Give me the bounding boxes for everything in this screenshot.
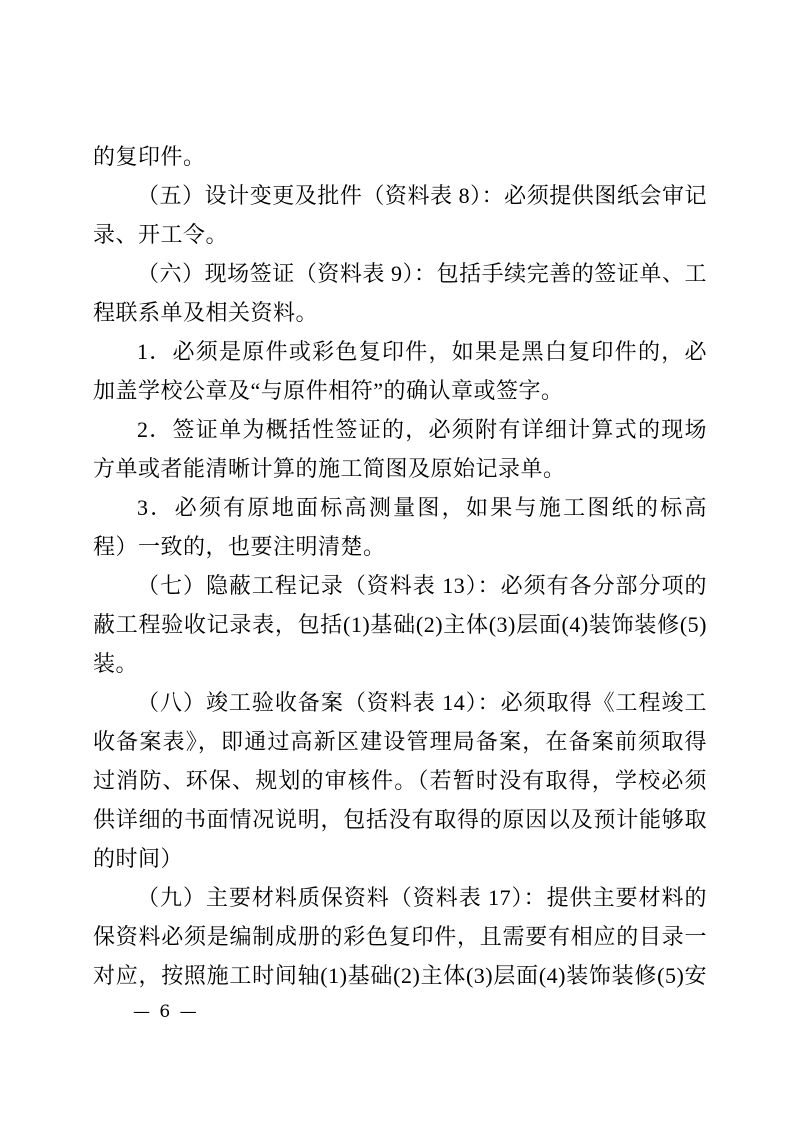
paragraph-item-6-note-1: 1．必须是原件或彩色复印件，如果是黑白复印件的，必须加盖学校公章及“与原件相符”… [93, 332, 707, 410]
document-body: 的复印件。（五）设计变更及批件（资料表 8）：必须提供图纸会审记录、开工令。（六… [93, 137, 707, 995]
text-line: （九）主要材料质保资料（资料表 17）：提供主要材料的质 [93, 878, 707, 917]
text-line: 过消防、环保、规划的审核件。（若暂时没有取得，学校必须提 [93, 761, 707, 800]
document-page: 的复印件。（五）设计变更及批件（资料表 8）：必须提供图纸会审记录、开工令。（六… [0, 0, 793, 1122]
paragraph-item-6-note-3: 3．必须有原地面标高测量图，如果与施工图纸的标高（高程）一致的，也要注明清楚。 [93, 488, 707, 566]
text-line: 加盖学校公章及“与原件相符”的确认章或签字。 [93, 371, 707, 410]
text-line: 保资料必须是编制成册的彩色复印件，且需要有相应的目录一一 [93, 917, 707, 956]
text-line: 录、开工令。 [93, 215, 707, 254]
text-line: 3．必须有原地面标高测量图，如果与施工图纸的标高（高 [93, 488, 707, 527]
paragraph-item-6: （六）现场签证（资料表 9）：包括手续完善的签证单、工程联系单及相关资料。 [93, 254, 707, 332]
text-line: 对应，按照施工时间轴(1)基础(2)主体(3)层面(4)装饰装修(5)安装等 [93, 956, 707, 995]
paragraph-item-6-note-2: 2．签证单为概括性签证的，必须附有详细计算式的现场收方单或者能清晰计算的施工简图… [93, 410, 707, 488]
text-line: （七）隐蔽工程记录（资料表 13）：必须有各分部分项的隐 [93, 566, 707, 605]
text-line: 程联系单及相关资料。 [93, 293, 707, 332]
text-line: 程）一致的，也要注明清楚。 [93, 527, 707, 566]
text-line: 供详细的书面情况说明，包括没有取得的原因以及预计能够取得 [93, 800, 707, 839]
text-line: 收备案表》，即通过高新区建设管理局备案，在备案前须取得通 [93, 722, 707, 761]
text-line: 的时间） [93, 839, 707, 878]
text-line: 2．签证单为概括性签证的，必须附有详细计算式的现场收 [93, 410, 707, 449]
text-line: （八）竣工验收备案（资料表 14）：必须取得《工程竣工验 [93, 683, 707, 722]
text-line: 蔽工程验收记录表，包括(1)基础(2)主体(3)层面(4)装饰装修(5)安 [93, 605, 707, 644]
text-line: 1．必须是原件或彩色复印件，如果是黑白复印件的，必须 [93, 332, 707, 371]
paragraph-item-9: （九）主要材料质保资料（资料表 17）：提供主要材料的质保资料必须是编制成册的彩… [93, 878, 707, 995]
paragraph-item-5: （五）设计变更及批件（资料表 8）：必须提供图纸会审记录、开工令。 [93, 176, 707, 254]
text-line: （五）设计变更及批件（资料表 8）：必须提供图纸会审记 [93, 176, 707, 215]
text-line: （六）现场签证（资料表 9）：包括手续完善的签证单、工 [93, 254, 707, 293]
paragraph-item-8: （八）竣工验收备案（资料表 14）：必须取得《工程竣工验收备案表》，即通过高新区… [93, 683, 707, 878]
text-line: 的复印件。 [93, 137, 707, 176]
text-line: 方单或者能清晰计算的施工简图及原始记录单。 [93, 449, 707, 488]
paragraph-item-7: （七）隐蔽工程记录（资料表 13）：必须有各分部分项的隐蔽工程验收记录表，包括(… [93, 566, 707, 683]
page-number: — 6 — [133, 1000, 199, 1024]
text-line: 装。 [93, 644, 707, 683]
paragraph-continuation: 的复印件。 [93, 137, 707, 176]
